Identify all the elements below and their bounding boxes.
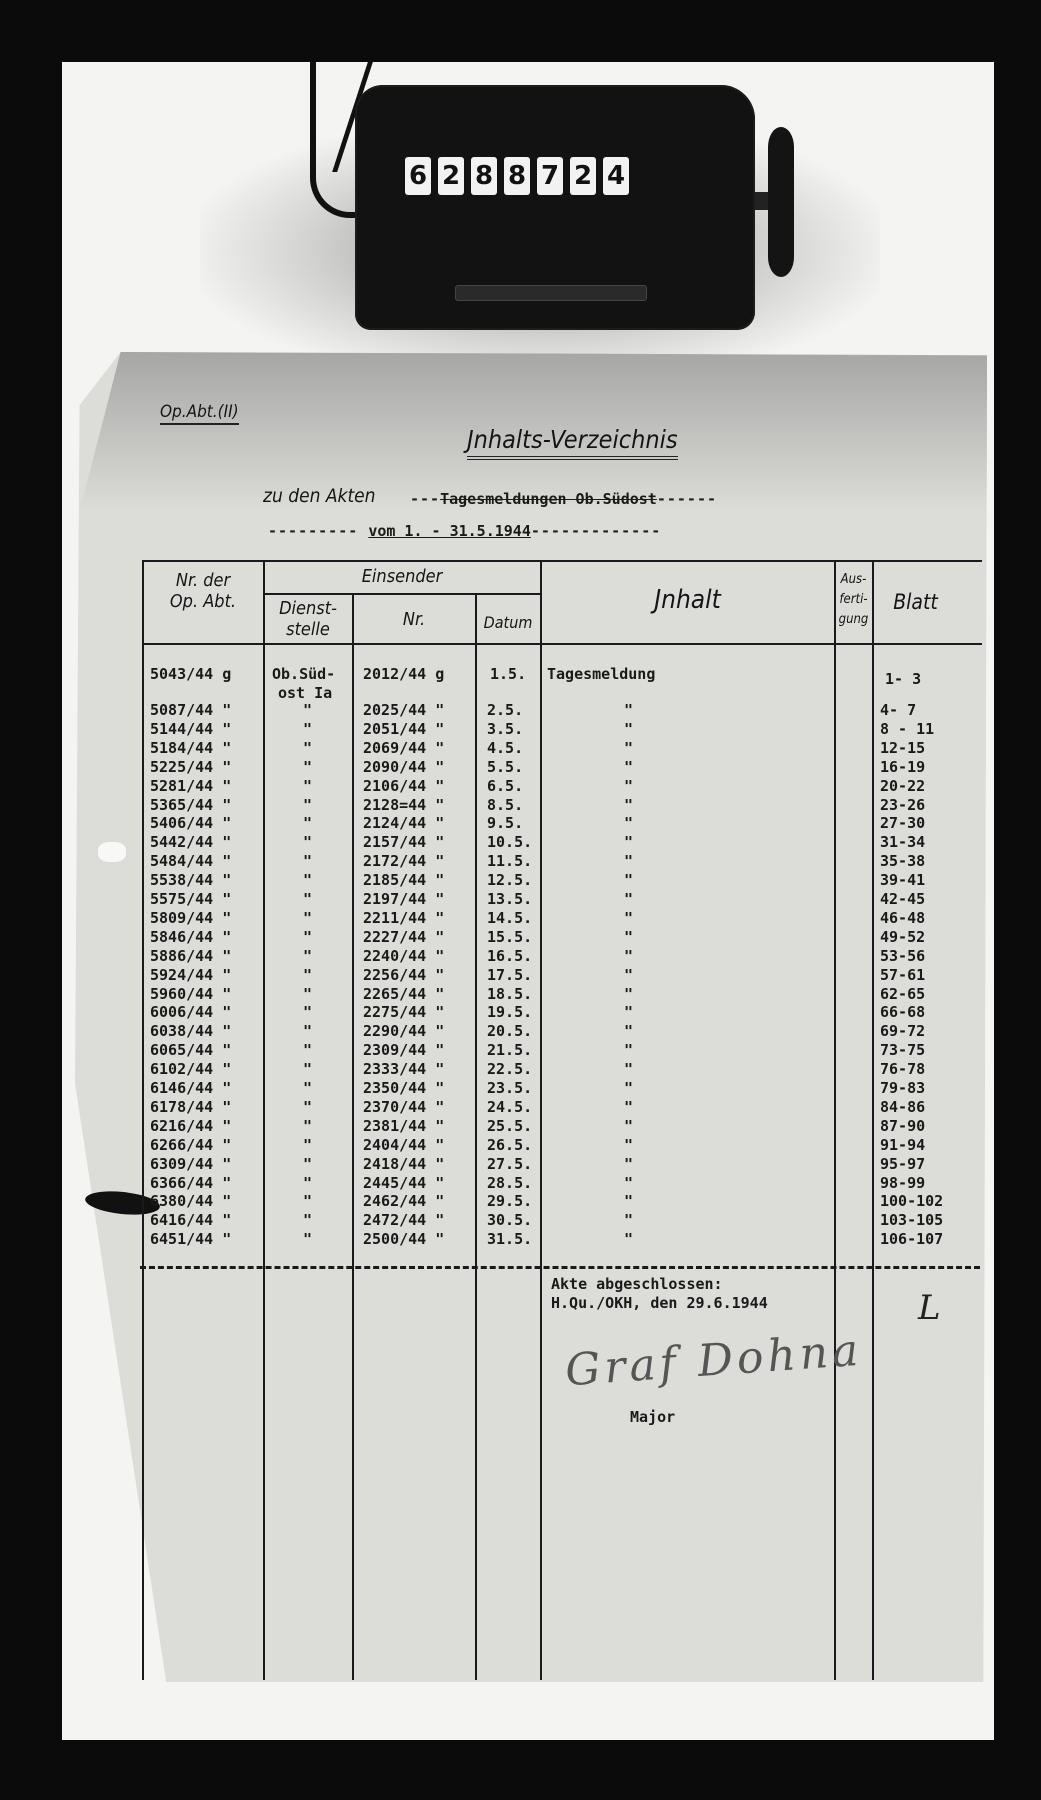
cell-nr-op-abt: 5281/44 " — [150, 777, 231, 796]
cell-inhalt: " — [624, 1211, 633, 1230]
cell-inhalt: " — [624, 739, 633, 758]
cell-nr: 2185/44 " — [363, 871, 444, 890]
cell-inhalt: " — [624, 966, 633, 985]
cell-nr-op-abt: 5043/44 g — [150, 665, 231, 684]
cell-blatt: 27-30 — [880, 814, 925, 833]
cell-inhalt: " — [624, 928, 633, 947]
cell-blatt: 35-38 — [880, 852, 925, 871]
cell-inhalt: " — [624, 720, 633, 739]
cell-datum: 31.5. — [487, 1230, 532, 1249]
cell-blatt: 31-34 — [880, 833, 925, 852]
cell-datum: 15.5. — [487, 928, 532, 947]
cell-nr-op-abt: 6451/44 " — [150, 1230, 231, 1249]
handwritten-initial: L — [918, 1288, 941, 1328]
cell-inhalt: " — [624, 1174, 633, 1193]
cell-nr: 2370/44 " — [363, 1098, 444, 1117]
header-blatt: Blatt — [873, 592, 958, 613]
cell-inhalt: " — [624, 814, 633, 833]
cell-dienststelle: " — [303, 890, 312, 909]
cell-nr-op-abt: 5225/44 " — [150, 758, 231, 777]
cell-blatt: 91-94 — [880, 1136, 925, 1155]
cell-nr: 2051/44 " — [363, 720, 444, 739]
header-text: Aus- — [835, 570, 872, 590]
cell-blatt: 1- 3 — [885, 670, 921, 689]
cell-inhalt: " — [624, 1003, 633, 1022]
cell-datum: 24.5. — [487, 1098, 532, 1117]
col-border — [475, 593, 477, 1680]
cell-inhalt: Tagesmeldung — [547, 665, 655, 684]
einsender-divider — [264, 593, 540, 595]
cell-nr: 2404/44 " — [363, 1136, 444, 1155]
counter-digit: 8 — [471, 157, 497, 195]
cell-nr: 2197/44 " — [363, 890, 444, 909]
col-border — [142, 560, 144, 1680]
cell-datum: 4.5. — [487, 739, 523, 758]
cell-blatt: 20-22 — [880, 777, 925, 796]
cell-dienststelle: " — [303, 985, 312, 1004]
cell-dienststelle: " — [303, 777, 312, 796]
punch-hole — [98, 842, 126, 862]
cell-inhalt: " — [624, 1117, 633, 1136]
cell-blatt: 23-26 — [880, 796, 925, 815]
cell-inhalt: " — [624, 1098, 633, 1117]
files-name-line: ---Tagesmeldungen Ob.Südost------ — [410, 490, 717, 508]
cell-nr-op-abt: 6065/44 " — [150, 1041, 231, 1060]
cell-datum: 21.5. — [487, 1041, 532, 1060]
cell-datum: 18.5. — [487, 985, 532, 1004]
cell-nr-op-abt: 6178/44 " — [150, 1098, 231, 1117]
cell-inhalt: " — [624, 1041, 633, 1060]
cell-inhalt: " — [624, 890, 633, 909]
cell-inhalt: " — [624, 1192, 633, 1211]
cell-nr-op-abt: 6038/44 " — [150, 1022, 231, 1041]
cell-nr-op-abt: 6416/44 " — [150, 1211, 231, 1230]
cell-dienststelle: " — [303, 1192, 312, 1211]
cell-nr-op-abt: 5886/44 " — [150, 947, 231, 966]
header-text: Op. Abt. — [143, 591, 263, 612]
cell-nr: 2445/44 " — [363, 1174, 444, 1193]
cell-dienststelle: " — [303, 1022, 312, 1041]
cell-inhalt: " — [624, 796, 633, 815]
cell-inhalt: " — [624, 1022, 633, 1041]
cell-datum: 22.5. — [487, 1060, 532, 1079]
table-top-border — [142, 560, 982, 562]
closing-separator — [140, 1266, 980, 1269]
cell-dienststelle: " — [303, 1117, 312, 1136]
dash-fill: ------------- — [531, 522, 661, 540]
cell-nr: 2500/44 " — [363, 1230, 444, 1249]
cell-inhalt: " — [624, 1155, 633, 1174]
cell-datum: 26.5. — [487, 1136, 532, 1155]
header-bottom-border — [142, 643, 982, 645]
header-text: ferti- — [835, 590, 872, 610]
counter-digit: 8 — [504, 157, 530, 195]
cell-inhalt: " — [624, 871, 633, 890]
header-einsender: Einsender — [264, 566, 540, 587]
cell-datum: 3.5. — [487, 720, 523, 739]
cell-datum: 1.5. — [490, 665, 526, 684]
header-nr: Nr. — [353, 609, 475, 630]
cell-dienststelle: " — [303, 833, 312, 852]
cell-blatt: 39-41 — [880, 871, 925, 890]
cell-dienststelle: " — [303, 758, 312, 777]
cell-dienststelle: " — [303, 1003, 312, 1022]
cell-dienststelle: " — [303, 1230, 312, 1249]
header-text: Dienst- — [264, 598, 352, 619]
cell-nr-op-abt: 5924/44 " — [150, 966, 231, 985]
cell-nr-op-abt: 5144/44 " — [150, 720, 231, 739]
counter-slot — [455, 285, 647, 301]
cell-dienststelle: " — [303, 1136, 312, 1155]
cell-dienststelle: " — [303, 1060, 312, 1079]
header-dienststelle: Dienst- stelle — [264, 598, 352, 640]
cell-nr-op-abt: 6102/44 " — [150, 1060, 231, 1079]
cell-nr: 2157/44 " — [363, 833, 444, 852]
signer-rank: Major — [630, 1408, 675, 1427]
cell-nr: 2240/44 " — [363, 947, 444, 966]
cell-inhalt: " — [624, 985, 633, 1004]
cell-nr: 2069/44 " — [363, 739, 444, 758]
cell-blatt: 98-99 — [880, 1174, 925, 1193]
department-label: Op.Abt.(II) — [160, 402, 239, 425]
cell-inhalt: " — [624, 1136, 633, 1155]
cell-blatt: 8 - 11 — [880, 720, 934, 739]
cell-dienststelle: " — [303, 1079, 312, 1098]
cell-dienststelle: " — [303, 720, 312, 739]
cell-datum: 20.5. — [487, 1022, 532, 1041]
cell-nr-op-abt: 5442/44 " — [150, 833, 231, 852]
cell-nr-op-abt: 5809/44 " — [150, 909, 231, 928]
cell-datum: 6.5. — [487, 777, 523, 796]
cell-nr: 2333/44 " — [363, 1060, 444, 1079]
col-border — [352, 593, 354, 1680]
cell-nr: 2124/44 " — [363, 814, 444, 833]
cell-nr: 2227/44 " — [363, 928, 444, 947]
cell-datum: 9.5. — [487, 814, 523, 833]
closing-line: H.Qu./OKH, den 29.6.1944 — [551, 1294, 768, 1313]
cell-nr-op-abt: 6380/44 " — [150, 1192, 231, 1211]
cell-blatt: 4- 7 — [880, 701, 916, 720]
counter-digit: 2 — [438, 157, 464, 195]
cell-nr-op-abt: 5575/44 " — [150, 890, 231, 909]
cell-inhalt: " — [624, 1079, 633, 1098]
cell-dienststelle: " — [303, 966, 312, 985]
cell-nr-op-abt: 5538/44 " — [150, 871, 231, 890]
cell-blatt: 53-56 — [880, 947, 925, 966]
cell-dienststelle: " — [303, 1098, 312, 1117]
cell-blatt: 87-90 — [880, 1117, 925, 1136]
cell-nr: 2275/44 " — [363, 1003, 444, 1022]
cell-nr: 2106/44 " — [363, 777, 444, 796]
cell-inhalt: " — [624, 852, 633, 871]
cell-blatt: 66-68 — [880, 1003, 925, 1022]
cell-nr: 2090/44 " — [363, 758, 444, 777]
header-text: stelle — [264, 619, 352, 640]
cell-dienststelle: " — [303, 928, 312, 947]
counter-digit: 4 — [603, 157, 629, 195]
cell-datum: 29.5. — [487, 1192, 532, 1211]
header-ausfertigung: Aus- ferti- gung — [835, 570, 872, 630]
cell-nr: 2211/44 " — [363, 909, 444, 928]
header-datum: Datum — [476, 612, 540, 633]
cell-datum: 28.5. — [487, 1174, 532, 1193]
period: vom 1. - 31.5.1944 — [368, 522, 531, 540]
cell-datum: 10.5. — [487, 833, 532, 852]
cell-dienststelle: " — [303, 1211, 312, 1230]
cell-inhalt: " — [624, 777, 633, 796]
header-text: gung — [835, 610, 872, 630]
cell-nr: 2256/44 " — [363, 966, 444, 985]
cell-inhalt: " — [624, 833, 633, 852]
cell-blatt: 12-15 — [880, 739, 925, 758]
cell-inhalt: " — [624, 1230, 633, 1249]
cell-dienststelle: Ob.Süd- — [272, 665, 335, 684]
cell-dienststelle: " — [303, 1041, 312, 1060]
cell-datum: 17.5. — [487, 966, 532, 985]
cell-blatt: 100-102 — [880, 1192, 943, 1211]
cell-inhalt: " — [624, 701, 633, 720]
cell-dienststelle: " — [303, 871, 312, 890]
counter-digit: 2 — [570, 157, 596, 195]
cell-blatt: 49-52 — [880, 928, 925, 947]
cell-nr-op-abt: 5406/44 " — [150, 814, 231, 833]
cell-datum: 30.5. — [487, 1211, 532, 1230]
cell-inhalt: " — [624, 758, 633, 777]
cell-datum: 2.5. — [487, 701, 523, 720]
cell-nr-op-abt: 6309/44 " — [150, 1155, 231, 1174]
cell-nr: 2128=44 " — [363, 796, 444, 815]
cell-nr-op-abt: 5960/44 " — [150, 985, 231, 1004]
cell-blatt: 73-75 — [880, 1041, 925, 1060]
col-border — [263, 560, 265, 1680]
cell-dienststelle: " — [303, 814, 312, 833]
cell-blatt: 95-97 — [880, 1155, 925, 1174]
cell-datum: 12.5. — [487, 871, 532, 890]
files-name: Tagesmeldungen Ob.Südost — [440, 490, 657, 508]
counter-digit: 6 — [405, 157, 431, 195]
dash-fill: --- — [410, 490, 440, 508]
cell-blatt: 103-105 — [880, 1211, 943, 1230]
cell-blatt: 46-48 — [880, 909, 925, 928]
cell-datum: 27.5. — [487, 1155, 532, 1174]
cell-nr: 2350/44 " — [363, 1079, 444, 1098]
cell-inhalt: " — [624, 909, 633, 928]
cell-dienststelle: " — [303, 1174, 312, 1193]
page-title: Jnhalts-Verzeichnis — [467, 425, 678, 460]
cell-nr-op-abt: 6216/44 " — [150, 1117, 231, 1136]
header-text: Nr. der — [143, 570, 263, 591]
cell-datum: 11.5. — [487, 852, 532, 871]
counter-knob-icon — [768, 127, 794, 277]
cell-datum: 25.5. — [487, 1117, 532, 1136]
cell-blatt: 42-45 — [880, 890, 925, 909]
cell-blatt: 106-107 — [880, 1230, 943, 1249]
cell-datum: 23.5. — [487, 1079, 532, 1098]
cell-blatt: 76-78 — [880, 1060, 925, 1079]
header-nr-op-abt: Nr. der Op. Abt. — [143, 570, 263, 612]
period-line: --------- vom 1. - 31.5.1944------------… — [268, 522, 661, 540]
cell-nr-op-abt: 5846/44 " — [150, 928, 231, 947]
cell-blatt: 16-19 — [880, 758, 925, 777]
cell-nr: 2290/44 " — [363, 1022, 444, 1041]
cell-blatt: 69-72 — [880, 1022, 925, 1041]
cell-nr-op-abt: 5087/44 " — [150, 701, 231, 720]
dash-fill: ------ — [657, 490, 717, 508]
cell-dienststelle: " — [303, 1155, 312, 1174]
cell-dienststelle: " — [303, 796, 312, 815]
header-inhalt: Jnhalt — [541, 590, 834, 611]
cell-nr-op-abt: 6366/44 " — [150, 1174, 231, 1193]
col-border — [540, 560, 542, 1680]
cell-nr: 2265/44 " — [363, 985, 444, 1004]
cell-blatt: 62-65 — [880, 985, 925, 1004]
cell-inhalt: " — [624, 1060, 633, 1079]
cell-nr: 2472/44 " — [363, 1211, 444, 1230]
counter-digit: 7 — [537, 157, 563, 195]
cell-blatt: 84-86 — [880, 1098, 925, 1117]
cell-dienststelle: " — [303, 947, 312, 966]
closing-note: Akte abgeschlossen: H.Qu./OKH, den 29.6.… — [551, 1275, 768, 1313]
col-border — [872, 560, 874, 1680]
cell-dienststelle: " — [303, 852, 312, 871]
cell-datum: 5.5. — [487, 758, 523, 777]
cell-datum: 14.5. — [487, 909, 532, 928]
counter-digits: 6 2 8 8 7 2 4 — [405, 157, 629, 195]
cell-nr: 2309/44 " — [363, 1041, 444, 1060]
cell-dienststelle: " — [303, 909, 312, 928]
dash-fill: --------- — [268, 522, 368, 540]
cell-blatt: 57-61 — [880, 966, 925, 985]
closing-line: Akte abgeschlossen: — [551, 1275, 768, 1294]
cell-nr: 2172/44 " — [363, 852, 444, 871]
col-border — [834, 560, 836, 1680]
cell-blatt: 79-83 — [880, 1079, 925, 1098]
cell-nr: 2462/44 " — [363, 1192, 444, 1211]
cell-nr: 2025/44 " — [363, 701, 444, 720]
cell-nr: 2418/44 " — [363, 1155, 444, 1174]
cell-datum: 16.5. — [487, 947, 532, 966]
cell-nr-op-abt: 5184/44 " — [150, 739, 231, 758]
cell-datum: 13.5. — [487, 890, 532, 909]
files-label: zu den Akten — [263, 485, 376, 507]
cell-nr: 2012/44 g — [363, 665, 444, 684]
cell-datum: 19.5. — [487, 1003, 532, 1022]
cell-nr-op-abt: 6266/44 " — [150, 1136, 231, 1155]
cell-inhalt: " — [624, 947, 633, 966]
cell-nr-op-abt: 5365/44 " — [150, 796, 231, 815]
cell-datum: 8.5. — [487, 796, 523, 815]
cell-nr-op-abt: 6006/44 " — [150, 1003, 231, 1022]
cell-nr-op-abt: 5484/44 " — [150, 852, 231, 871]
cell-dienststelle: " — [303, 739, 312, 758]
cell-nr-op-abt: 6146/44 " — [150, 1079, 231, 1098]
cell-nr: 2381/44 " — [363, 1117, 444, 1136]
cell-dienststelle: " — [303, 701, 312, 720]
